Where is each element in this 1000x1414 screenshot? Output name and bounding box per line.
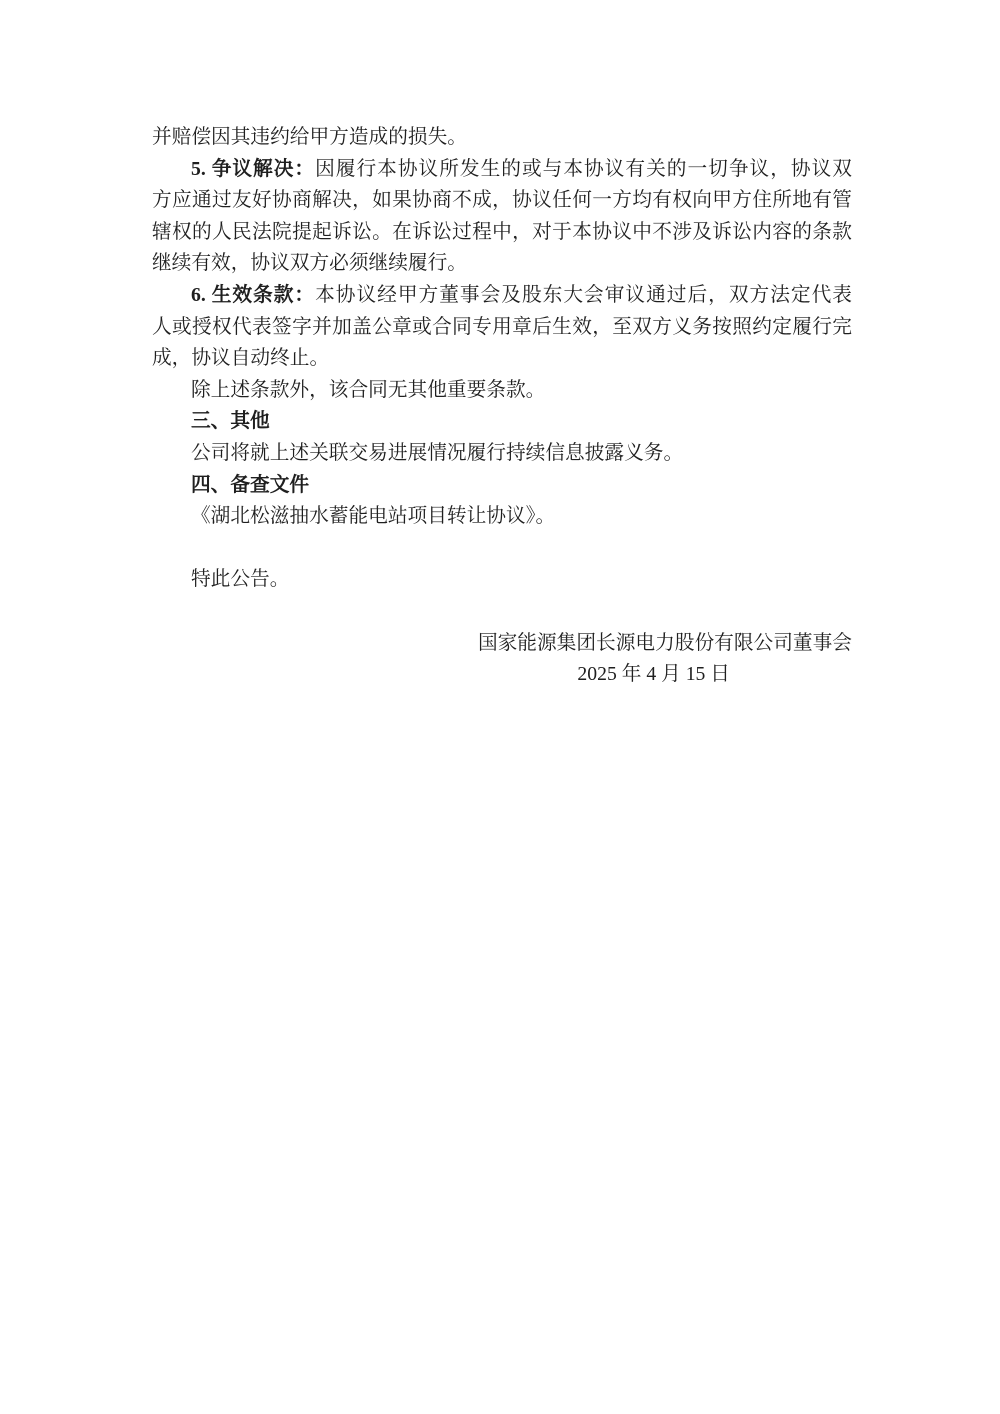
- text-segment: 方应通过友好协商解决，如果协商不成，协议任何一方均有权向甲方住所地有管: [152, 189, 852, 211]
- other-terms-note: 除上述条款外，该合同无其他重要条款。: [152, 375, 852, 407]
- section-3-body: 公司将就上述关联交易进展情况履行持续信息披露义务。: [152, 438, 852, 470]
- clause-5-line-2: 方应通过友好协商解决，如果协商不成，协议任何一方均有权向甲方住所地有管: [152, 185, 852, 217]
- blank-line: [152, 533, 852, 565]
- text-segment: 并赔偿因其违约给甲方造成的损失。: [152, 126, 467, 148]
- bold-text-segment: 6. 生效条款：: [191, 284, 315, 306]
- bold-text-segment: 5. 争议解决：: [191, 158, 315, 180]
- clause-6-line-2: 人或授权代表签字并加盖公章或合同专用章后生效，至双方义务按照约定履行完: [152, 312, 852, 344]
- text-segment: 2025 年 4 月 15 日: [577, 663, 730, 685]
- clause-5-line-3: 辖权的人民法院提起诉讼。在诉讼过程中，对于本协议中不涉及诉讼内容的条款: [152, 217, 852, 249]
- document-body: 并赔偿因其违约给甲方造成的损失。5. 争议解决：因履行本协议所发生的或与本协议有…: [152, 122, 852, 691]
- clause-5-line-1: 5. 争议解决：因履行本协议所发生的或与本协议有关的一切争议，协议双: [152, 154, 852, 186]
- text-segment: 《湖北松滋抽水蓄能电站项目转让协议》。: [191, 505, 555, 527]
- section-4-body: 《湖北松滋抽水蓄能电站项目转让协议》。: [152, 501, 852, 533]
- text-segment: 继续有效，协议双方必须继续履行。: [152, 252, 467, 274]
- text-segment: 除上述条款外，该合同无其他重要条款。: [191, 379, 545, 401]
- text-segment: 因履行本协议所发生的或与本协议有关的一切争议，协议双: [315, 158, 852, 180]
- text-segment: 国家能源集团长源电力股份有限公司董事会: [478, 632, 852, 654]
- announcement-closing: 特此公告。: [152, 564, 852, 596]
- text-segment: 成，协议自动终止。: [152, 347, 329, 369]
- text-segment: 人或授权代表签字并加盖公章或合同专用章后生效，至双方义务按照约定履行完: [152, 316, 852, 338]
- text-segment: 辖权的人民法院提起诉讼。在诉讼过程中，对于本协议中不涉及诉讼内容的条款: [152, 221, 852, 243]
- clause-6-line-1: 6. 生效条款：本协议经甲方董事会及股东大会审议通过后，双方法定代表: [152, 280, 852, 312]
- text-segment: 本协议经甲方董事会及股东大会审议通过后，双方法定代表: [315, 284, 852, 306]
- bold-text-segment: 四、备查文件: [191, 474, 309, 496]
- document-page: 并赔偿因其违约给甲方造成的损失。5. 争议解决：因履行本协议所发生的或与本协议有…: [0, 0, 1000, 1414]
- blank-line: [152, 596, 852, 628]
- clause-5-line-4: 继续有效，协议双方必须继续履行。: [152, 248, 852, 280]
- section-heading-3: 三、其他: [152, 406, 852, 438]
- signature-date: 2025 年 4 月 15 日: [152, 659, 852, 691]
- clause-6-line-3: 成，协议自动终止。: [152, 343, 852, 375]
- bold-text-segment: 三、其他: [191, 410, 270, 432]
- text-segment: 公司将就上述关联交易进展情况履行持续信息披露义务。: [191, 442, 683, 464]
- text-segment: 特此公告。: [191, 568, 289, 590]
- paragraph-tail-line: 并赔偿因其违约给甲方造成的损失。: [152, 122, 852, 154]
- company-signature: 国家能源集团长源电力股份有限公司董事会: [152, 628, 852, 660]
- section-heading-4: 四、备查文件: [152, 470, 852, 502]
